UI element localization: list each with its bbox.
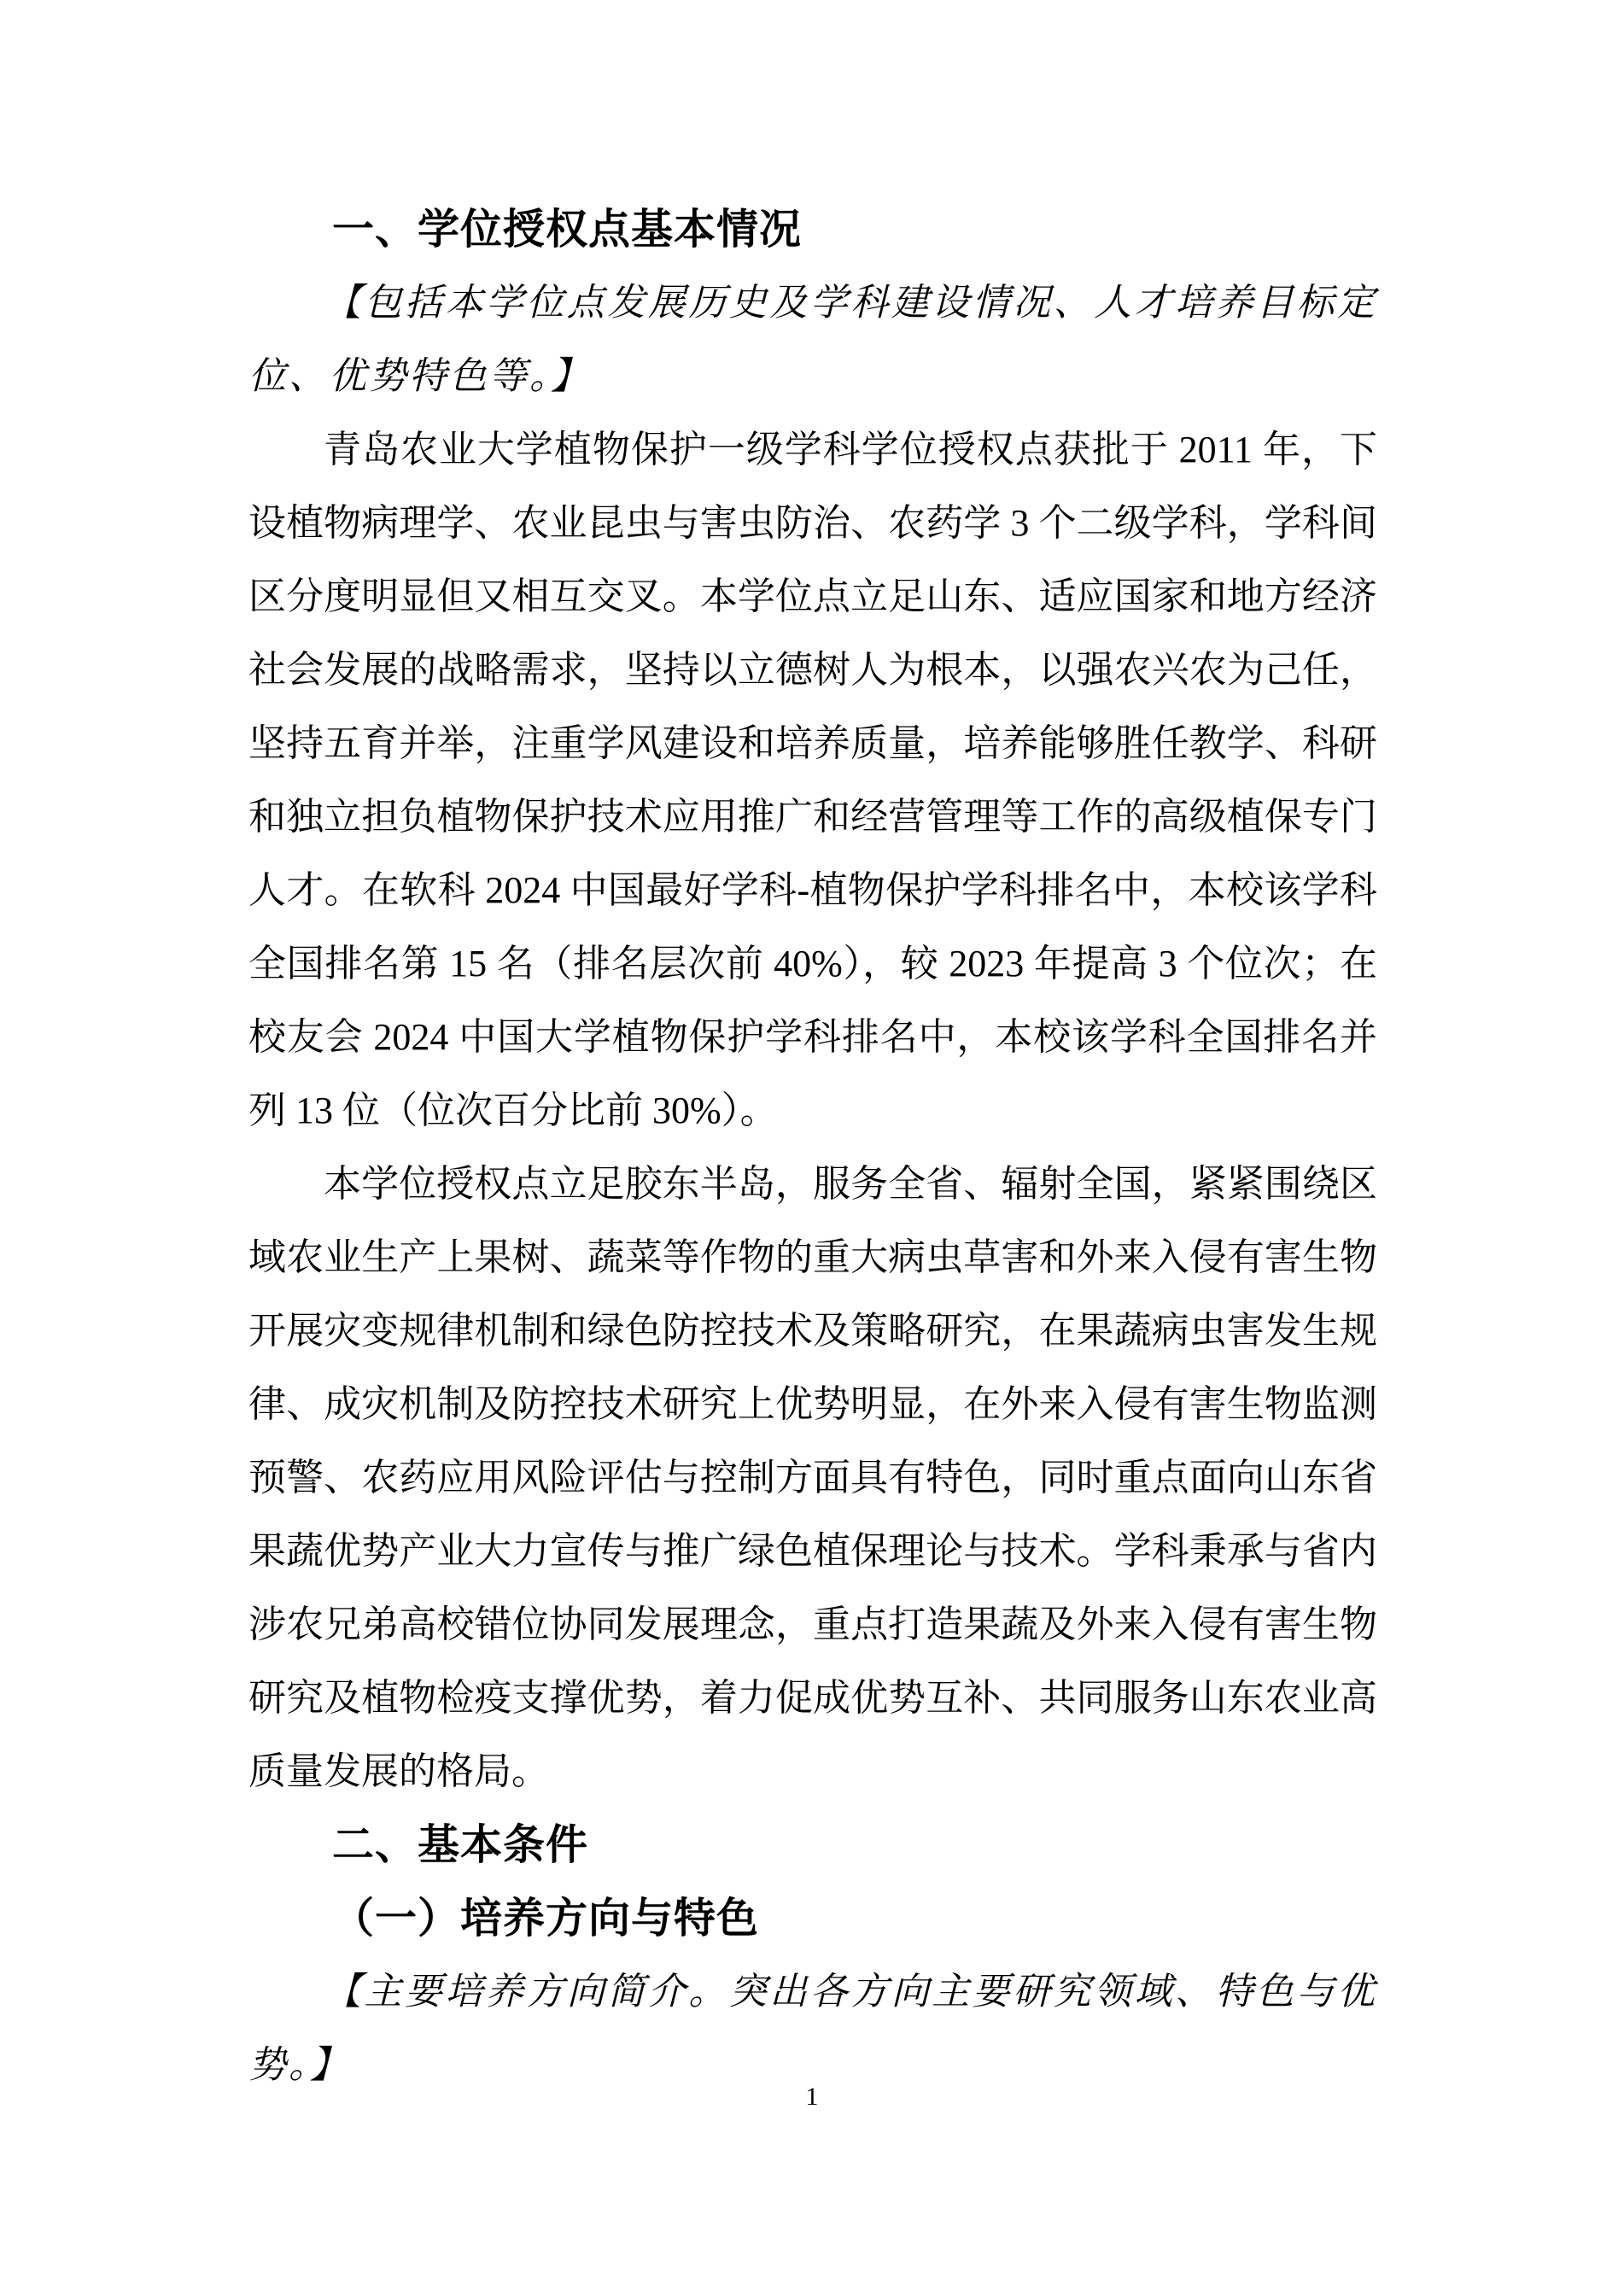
section-2-heading: 二、基本条件 — [248, 1808, 1377, 1882]
document-page: 一、学位授权点基本情况 【包括本学位点发展历史及学科建设情况、人才培养目标定位、… — [0, 0, 1624, 2296]
section-1-guidance-note: 【包括本学位点发展历史及学科建设情况、人才培养目标定位、优势特色等。】 — [248, 266, 1377, 413]
section-2-subheading: （一）培养方向与特色 — [248, 1882, 1377, 1955]
document-content: 一、学位授权点基本情况 【包括本学位点发展历史及学科建设情况、人才培养目标定位、… — [248, 193, 1377, 2102]
page-number: 1 — [0, 2082, 1624, 2112]
section-1-heading: 一、学位授权点基本情况 — [248, 193, 1377, 266]
section-1-paragraph-1: 青岛农业大学植物保护一级学科学位授权点获批于 2011 年，下设植物病理学、农业… — [248, 413, 1377, 1148]
section-1-paragraph-2: 本学位授权点立足胶东半岛，服务全省、辐射全国，紧紧围绕区域农业生产上果树、蔬菜等… — [248, 1148, 1377, 1808]
section-2-guidance-note: 【主要培养方向简介。突出各方向主要研究领域、特色与优势。】 — [248, 1955, 1377, 2102]
